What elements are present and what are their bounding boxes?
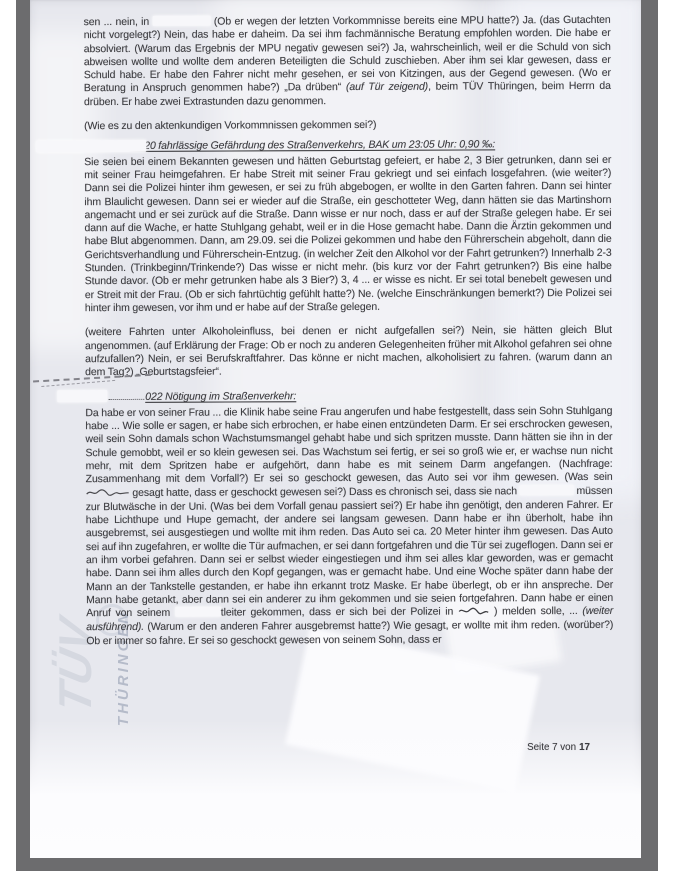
heading-drunk-driving: 7.2020 fahrlässige Gefährdung des Straße… xyxy=(84,138,611,154)
paragraph-text-italic: (auf Tür zeigend) xyxy=(346,81,428,93)
scan-bottom-fade xyxy=(30,720,641,858)
paragraph-mpu-history: sen ... nein, in (Ob er wegen der letzte… xyxy=(84,14,611,109)
pen-scribble-redaction xyxy=(458,607,494,620)
paragraph-text: ) melden solle, ... xyxy=(494,605,578,617)
whiteout-redaction-place xyxy=(152,16,210,26)
heading-text: 7.2020 fahrlässige Gefährdung des Straße… xyxy=(124,139,495,153)
whiteout-redaction-word xyxy=(175,607,221,617)
paragraph-text: (Warum er den anderen Fahrer ausgebremst… xyxy=(86,619,613,647)
paragraph-text: gesagt hatte, dass er geschockt gewesen … xyxy=(132,485,517,499)
document-text: sen ... nein, in (Ob er wegen der letzte… xyxy=(84,14,614,659)
heading-coercion: 022 Nötigung im Straßenverkehr: xyxy=(85,388,612,405)
whiteout-redaction-date xyxy=(36,140,146,152)
underline-dots xyxy=(108,390,144,400)
paragraph-text: sen ... nein, in xyxy=(84,16,150,28)
whiteout-redaction-date xyxy=(57,390,107,402)
paragraph-other-drives: (weitere Fahrten unter Alkoholeinfluss, … xyxy=(85,324,612,379)
pen-scribble-redaction xyxy=(86,487,130,500)
paragraph-text: Da habe er von seiner Frau ... die Klini… xyxy=(85,405,612,486)
scanned-page: TÜV THÜRINGEN sen ... nein, in (Ob er we… xyxy=(30,0,641,858)
question-line: (Wie es zu den aktenkundigen Vorkommniss… xyxy=(84,118,611,134)
heading-text: 022 Nötigung im Straßenverkehr: xyxy=(145,391,296,404)
paragraph-text: tleiter gekommen, dass er sich bei der P… xyxy=(221,606,454,619)
pen-scribble-line xyxy=(33,374,153,391)
scan-frame: TÜV THÜRINGEN sen ... nein, in (Ob er we… xyxy=(16,0,658,871)
paragraph-text: müssen zur Blutwäsche in der Uni. (Was b… xyxy=(86,484,613,619)
footer-page-total: 17 xyxy=(579,742,590,753)
page-footer: Seite 7 von17 xyxy=(85,742,612,753)
whiteout-redaction-place xyxy=(520,485,574,495)
paragraph-incident-coercion: Da habe er von seiner Frau ... die Klini… xyxy=(85,405,613,649)
footer-label: Seite 7 von xyxy=(527,742,576,753)
paragraph-incident-alcohol: Sie seien bei einem Bekannten gewesen un… xyxy=(84,154,612,316)
